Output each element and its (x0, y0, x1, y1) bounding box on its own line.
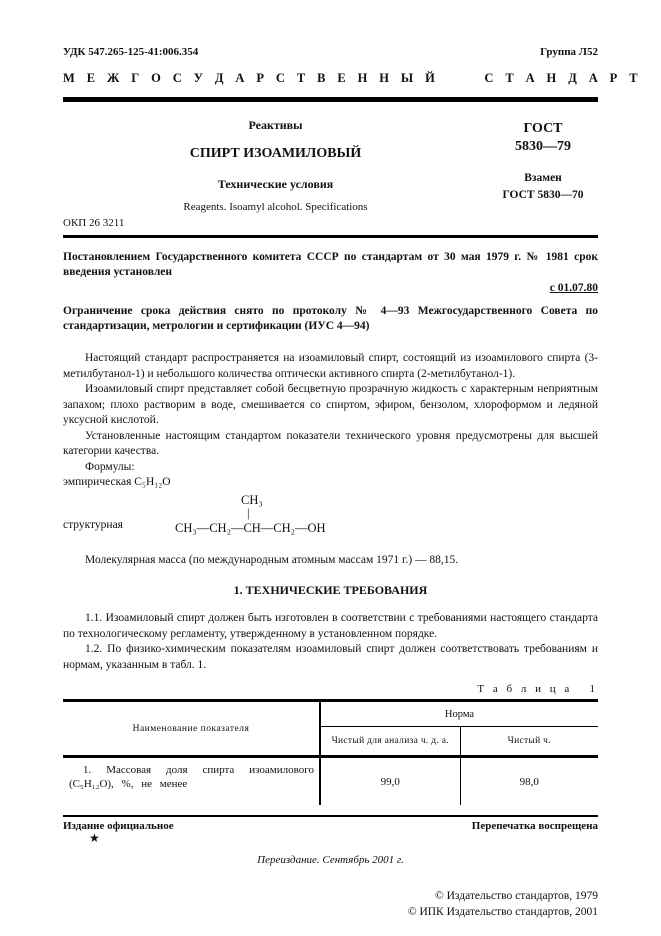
table-row: 1. Массовая доля спирта изоамилового (C₅… (63, 757, 598, 806)
official-edition-label: Издание официальное (63, 820, 174, 832)
clause-1-2: 1.2. По физико-химическим показателям из… (63, 642, 598, 673)
table-cell-analysis-value: 99,0 (320, 757, 460, 806)
star-icon: ★ (63, 832, 598, 845)
footer-rule: Издание официальное Перепечатка воспреще… (63, 815, 598, 845)
table-1: Наименование показателя Норма Чистый для… (63, 699, 598, 805)
title-rule-thick (63, 235, 598, 238)
category-title: Реактивы (63, 118, 488, 133)
document-page: УДК 547.265-125-41:006.354 Группа Л52 М … (0, 0, 661, 920)
intro-paragraph-3: Установленные настоящим стандартом показ… (63, 429, 598, 460)
section-1-heading: 1. ТЕХНИЧЕСКИЕ ТРЕБОВАНИЯ (63, 583, 598, 598)
decree-paragraph: Постановлением Государственного комитета… (63, 250, 598, 280)
table-cell-pure-value: 98,0 (460, 757, 598, 806)
structural-formula-block: структурная CH₃ | CH₃—CH₂—CH—CH₂—OH (63, 493, 598, 553)
document-title-english: Reagents. Isoamyl alcohol. Specification… (63, 201, 488, 213)
copyright-block: © Издательство стандартов, 1979 © ИПК Из… (63, 888, 598, 920)
copyright-line-1979: © Издательство стандартов, 1979 (63, 888, 598, 904)
introduction-section: Настоящий стандарт распространяется на и… (63, 351, 598, 568)
limitation-paragraph: Ограничение срока действия снято по прот… (63, 304, 598, 334)
table-header-row: Наименование показателя Норма (63, 701, 598, 727)
document-title: СПИРТ ИЗОАМИЛОВЫЙ (63, 146, 488, 162)
structural-formula-chain: CH₃—CH₂—CH—CH₂—OH (175, 521, 598, 536)
standard-type-heading: М Е Ж Г О С У Д А Р С Т В Е Н Н Ы Й С Т … (63, 71, 598, 86)
gost-label: ГОСТ (488, 120, 598, 138)
reissue-note: Переиздание. Сентябрь 2001 г. (63, 854, 598, 866)
reprint-forbidden-label: Перепечатка воспрещена (472, 820, 598, 832)
empirical-formula: эмпирическая C₅H₁₂O (63, 475, 598, 491)
formulas-label: Формулы: (63, 460, 598, 476)
table-cell-indicator-name: 1. Массовая доля спирта изоамилового (C₅… (63, 757, 320, 806)
table-subheader-analysis-grade: Чистый для анализа ч. д. а. (320, 727, 460, 757)
structural-formula: CH₃ | CH₃—CH₂—CH—CH₂—OH (175, 493, 598, 536)
table-header-norm: Норма (320, 701, 598, 727)
udk-code: УДК 547.265-125-41:006.354 (63, 46, 198, 58)
header-rule-thick (63, 97, 598, 102)
structural-formula-branch: CH₃ (175, 493, 598, 508)
footer-row: Издание официальное Перепечатка воспреще… (63, 820, 598, 832)
title-block: Реактивы СПИРТ ИЗОАМИЛОВЫЙ Технические у… (63, 118, 598, 213)
gost-designation-block: ГОСТ 5830—79 Взамен ГОСТ 5830—70 (488, 118, 598, 213)
table-header-indicator: Наименование показателя (63, 701, 320, 757)
group-code: Группа Л52 (540, 46, 598, 58)
intro-paragraph-2: Изоамиловый спирт представляет собой бес… (63, 382, 598, 429)
intro-paragraph-1: Настоящий стандарт распространяется на и… (63, 351, 598, 382)
clause-1-1: 1.1. Изоамиловый спирт должен быть изгот… (63, 611, 598, 642)
section-1-body: 1.1. Изоамиловый спирт должен быть изгот… (63, 611, 598, 673)
structural-formula-label: структурная (63, 519, 123, 531)
replaces-label: Взамен (488, 170, 598, 187)
table-subheader-pure-grade: Чистый ч. (460, 727, 598, 757)
document-subtitle: Технические условия (63, 177, 488, 192)
copyright-line-2001: © ИПК Издательство стандартов, 2001 (63, 904, 598, 920)
title-column: Реактивы СПИРТ ИЗОАМИЛОВЫЙ Технические у… (63, 118, 488, 213)
top-reference-line: УДК 547.265-125-41:006.354 Группа Л52 (63, 46, 598, 58)
replaces-number: ГОСТ 5830—70 (488, 187, 598, 204)
table-1-caption: Т а б л и ц а 1 (63, 683, 598, 695)
structural-formula-bond: | (175, 508, 598, 521)
okp-code: ОКП 26 3211 (63, 217, 598, 229)
gost-number: 5830—79 (488, 138, 598, 156)
molecular-mass-paragraph: Молекулярная масса (по международным ато… (63, 553, 598, 569)
effective-date: с 01.07.80 (63, 282, 598, 294)
